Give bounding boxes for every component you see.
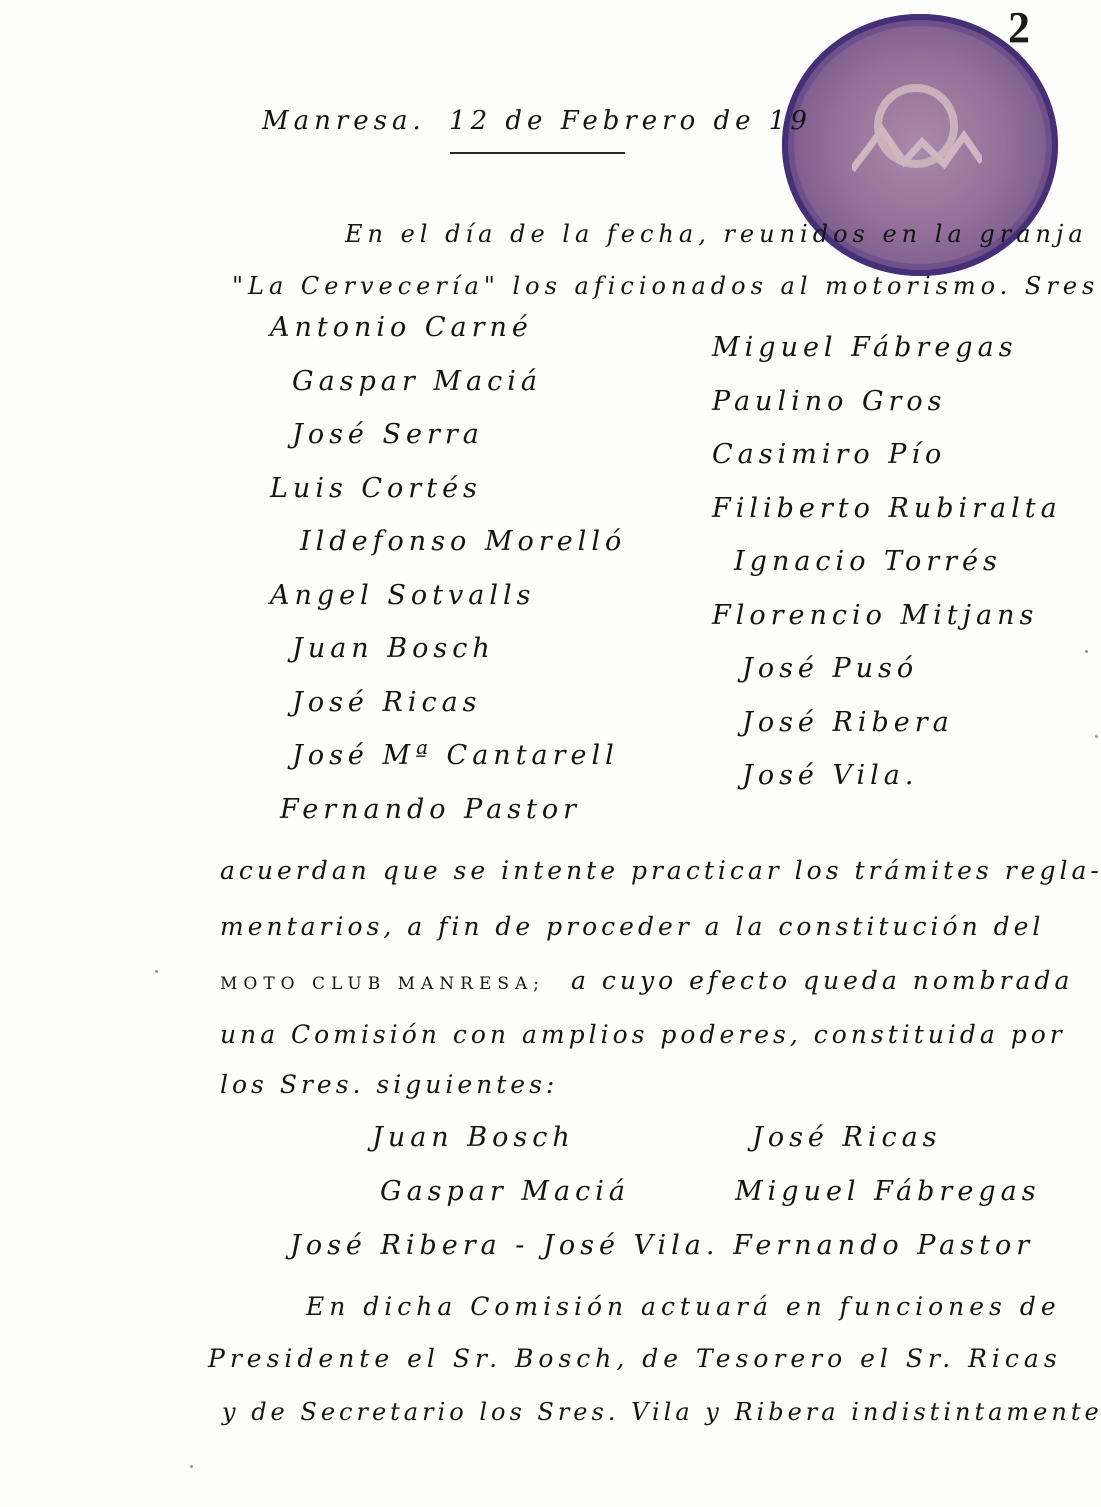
attendee: Miguel Fábregas: [712, 332, 1062, 386]
resolution-line-4: una Comisión con amplios poderes, consti…: [220, 1020, 1066, 1049]
attendee: Fernando Pastor: [280, 794, 626, 848]
resolution-line-3-rest: a cuyo efecto queda nombrada: [571, 966, 1073, 995]
commission-member: José Ricas: [752, 1122, 942, 1153]
attendee: Casimiro Pío: [712, 439, 1062, 493]
attendee: Filiberto Rubiralta: [712, 493, 1062, 547]
roles-line-2: Presidente el Sr. Bosch, de Tesorero el …: [208, 1344, 1062, 1373]
paper-speck: [155, 970, 158, 973]
attendee: Florencio Mitjans: [712, 600, 1062, 654]
attendee: Antonio Carné: [270, 312, 626, 366]
attendees-right-column: Miguel Fábregas Paulino Gros Casimiro Pí…: [712, 332, 1062, 814]
attendee: Angel Sotvalls: [270, 580, 626, 634]
attendee: Ildefonso Morelló: [270, 526, 626, 580]
club-name: MOTO CLUB MANRESA;: [220, 974, 545, 994]
page-number: 2: [1008, 2, 1030, 53]
commission-row-3: José Ribera - José Vila. Fernando Pastor: [290, 1230, 1034, 1261]
resolution-line-5: los Sres. siguientes:: [220, 1070, 558, 1099]
attendee: Gaspar Maciá: [270, 366, 626, 420]
intro-line-1: En el día de la fecha, reunidos en la gr…: [345, 220, 1088, 248]
attendees-left-column: Antonio Carné Gaspar Maciá José Serra Lu…: [270, 312, 626, 847]
attendee: José Vila.: [712, 760, 1062, 814]
resolution-line-3: MOTO CLUB MANRESA; a cuyo efecto queda n…: [220, 966, 1073, 995]
city: Manresa.: [262, 106, 426, 136]
attendee: José Ribera: [712, 707, 1062, 761]
attendee: Paulino Gros: [712, 386, 1062, 440]
resolution-line-1: acuerdan que se intente practicar los tr…: [220, 856, 1101, 885]
commission-member: Miguel Fábregas: [735, 1176, 1041, 1207]
paper-speck: [190, 1465, 193, 1468]
intro-line-2: "La Cervecería" los aficionados al motor…: [232, 272, 1101, 300]
roles-line-3: y de Secretario los Sres. Vila y Ribera …: [222, 1398, 1101, 1426]
attendee: José Pusó: [712, 653, 1062, 707]
paper-speck: [1095, 735, 1098, 738]
attendee: Ignacio Torrés: [712, 546, 1062, 600]
attendee: Luis Cortés: [270, 473, 626, 527]
roles-line-1: En dicha Comisión actuará en funciones d…: [306, 1292, 1061, 1321]
commission-member: Gaspar Maciá: [380, 1176, 630, 1207]
attendee: Juan Bosch: [270, 633, 626, 687]
attendee: José Serra: [270, 419, 626, 473]
commission-member: Juan Bosch: [372, 1122, 575, 1153]
date-line: Manresa. 12 de Febrero de 19: [262, 106, 812, 136]
date: 12 de Febrero de 19: [449, 106, 812, 136]
resolution-line-2: mentarios, a fin de proceder a la consti…: [220, 912, 1044, 941]
date-underline: [450, 152, 625, 154]
attendee: José Mª Cantarell: [270, 740, 626, 794]
seal-emblem-icon: [852, 84, 982, 194]
attendee: José Ricas: [270, 687, 626, 741]
paper-speck: [1085, 650, 1088, 653]
